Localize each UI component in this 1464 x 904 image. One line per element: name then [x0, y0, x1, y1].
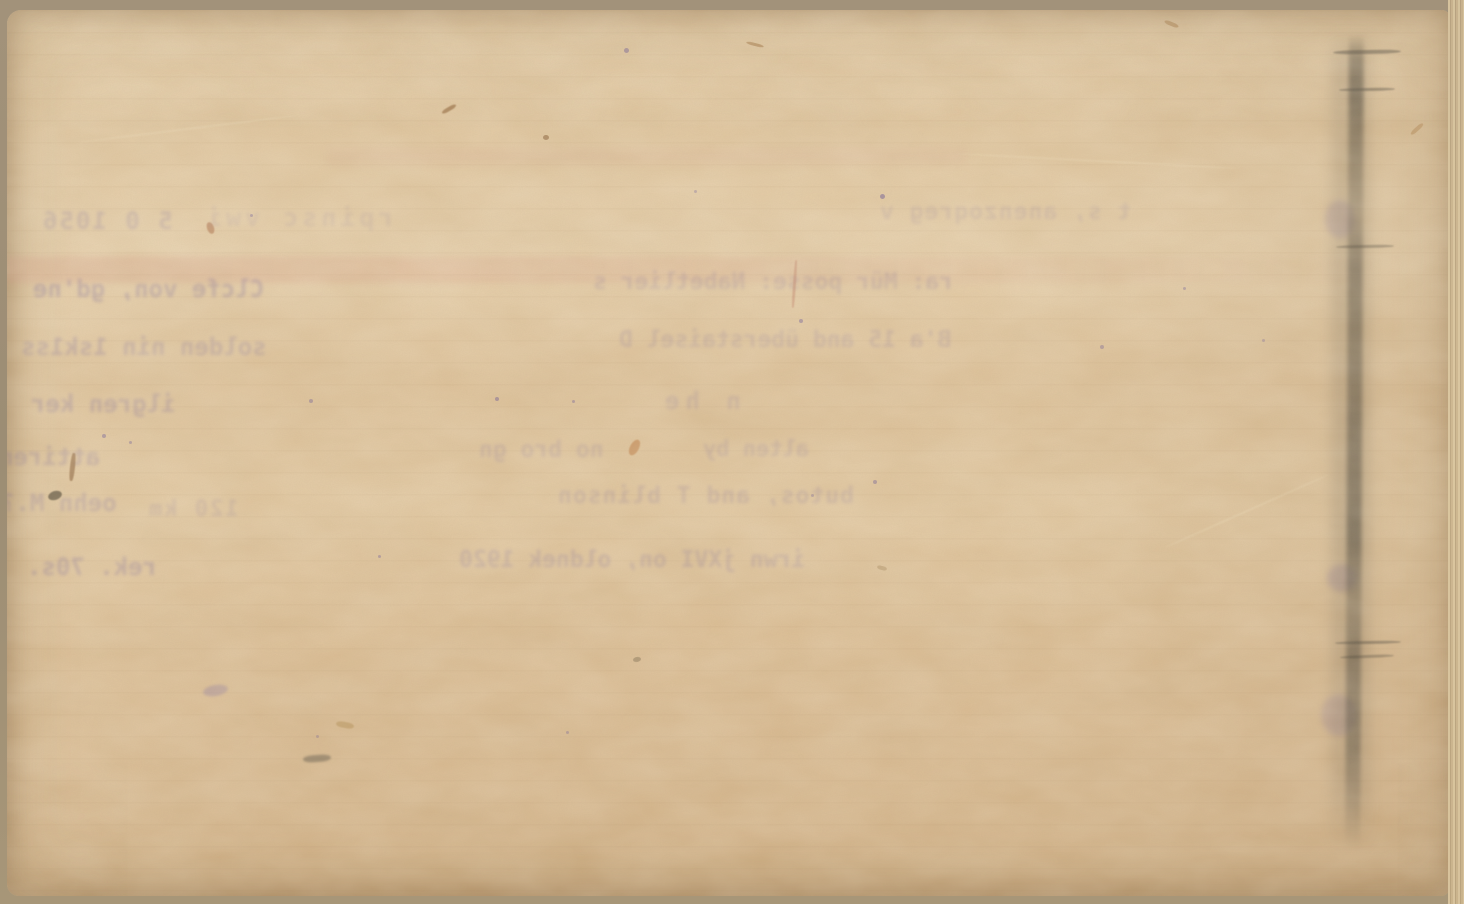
- paper-fiber: [1164, 19, 1179, 28]
- paper-fiber: [877, 565, 888, 571]
- crease-line: [78, 115, 297, 144]
- stains-and-fibers-layer: [7, 10, 1450, 896]
- ink-dot: [378, 555, 381, 558]
- paper-fiber: [1410, 122, 1425, 136]
- ink-dot: [250, 214, 253, 217]
- ink-dot: [811, 494, 814, 497]
- dark-speck: [543, 135, 549, 140]
- ink-dot: [624, 48, 629, 53]
- dark-speck: [47, 489, 63, 502]
- paper-fiber: [746, 41, 764, 48]
- paper-fiber: [69, 453, 77, 481]
- dark-speck: [205, 221, 216, 235]
- paper-fiber: [336, 720, 355, 729]
- ink-dot: [1100, 345, 1104, 349]
- red-thread: [791, 260, 797, 308]
- ink-dot: [495, 397, 499, 401]
- ink-dot: [572, 400, 575, 403]
- ink-smudge: [202, 683, 229, 698]
- right-edge-band: [1448, 0, 1464, 904]
- ink-dot: [694, 190, 697, 193]
- paper-fiber: [441, 103, 457, 114]
- paper-sheet: 5 0 1056rpinsc vwit s, anenzoqreg vClcfe…: [7, 10, 1450, 896]
- ink-dot: [873, 480, 877, 484]
- crease-line: [1164, 473, 1329, 548]
- scan-background: 5 0 1056rpinsc vwit s, anenzoqreg vClcfe…: [0, 0, 1464, 904]
- dark-speck: [627, 438, 643, 457]
- ink-dot: [129, 441, 132, 444]
- dark-speck: [633, 656, 642, 662]
- ink-dot: [566, 731, 569, 734]
- paper-fiber: [303, 754, 331, 763]
- ink-dot: [880, 194, 885, 199]
- ink-dot: [102, 434, 106, 438]
- ink-dot: [1262, 339, 1265, 342]
- ink-dot: [799, 319, 803, 323]
- ink-dot: [1183, 287, 1186, 290]
- ink-dot: [309, 399, 313, 403]
- crease-line: [957, 153, 1237, 170]
- ink-dot: [316, 735, 319, 738]
